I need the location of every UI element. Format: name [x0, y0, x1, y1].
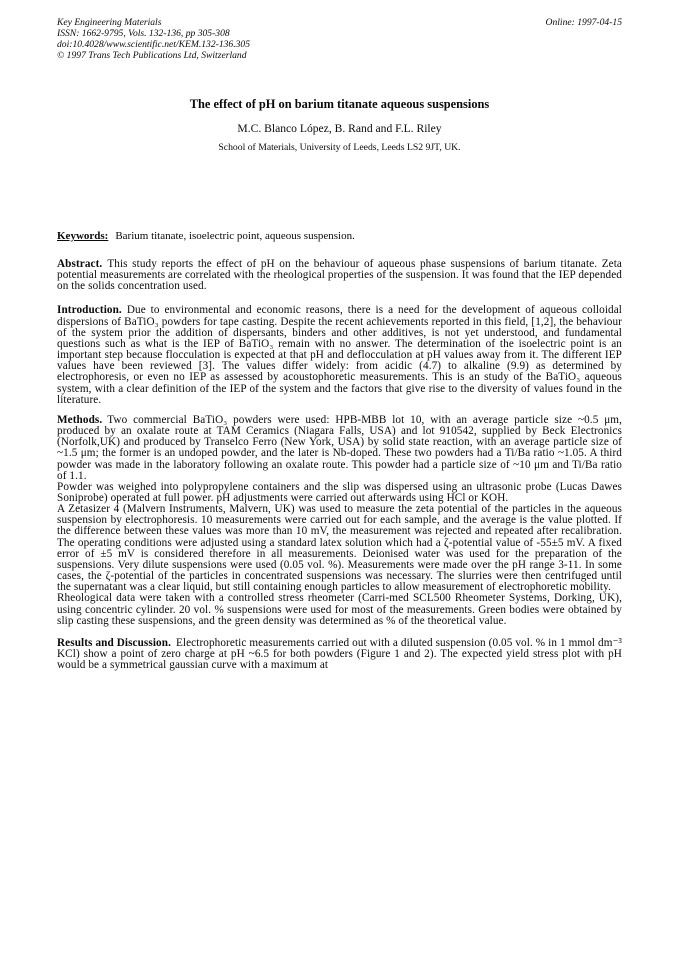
paper-title: The effect of pH on barium titanate aque…: [57, 97, 622, 111]
methods-paragraph-3: A Zetasizer 4 (Malvern Instruments, Malv…: [57, 504, 622, 593]
journal-doi: doi:10.4028/www.scientific.net/KEM.132-1…: [57, 39, 250, 50]
methods-paragraph-2: Powder was weighed into polypropylene co…: [57, 482, 622, 504]
keywords-text: Barium titanate, isoelectric point, aque…: [115, 230, 355, 242]
methods-text-2: Powder was weighed into polypropylene co…: [57, 481, 622, 504]
online-date: Online: 1997-04-15: [546, 17, 622, 28]
introduction-paragraph: Introduction.Due to environmental and ec…: [57, 305, 622, 405]
journal-info-block: Key Engineering Materials ISSN: 1662-979…: [57, 17, 250, 61]
keywords-line: Keywords:Barium titanate, isoelectric po…: [57, 230, 622, 242]
authors-line: M.C. Blanco López, B. Rand and F.L. Rile…: [57, 122, 622, 135]
methods-text-3: A Zetasizer 4 (Malvern Instruments, Malv…: [57, 503, 622, 593]
journal-header: Key Engineering Materials ISSN: 1662-979…: [57, 17, 622, 61]
methods-paragraph-1: Methods.Two commercial BaTiO₃ powders we…: [57, 415, 622, 482]
introduction-text: Due to environmental and economic reason…: [57, 304, 622, 405]
paper-page: Key Engineering Materials ISSN: 1662-979…: [0, 0, 678, 959]
methods-text-4: Rheological data were taken with a contr…: [57, 592, 622, 626]
abstract-paragraph: Abstract.This study reports the effect o…: [57, 259, 622, 292]
results-paragraph: Results and Discussion.Electrophoretic m…: [57, 638, 622, 671]
keywords-label: Keywords:: [57, 230, 108, 242]
affiliation-line: School of Materials, University of Leeds…: [57, 142, 622, 153]
journal-copyright: © 1997 Trans Tech Publications Ltd, Swit…: [57, 50, 250, 61]
abstract-text: This study reports the effect of pH on t…: [57, 258, 622, 292]
methods-paragraph-4: Rheological data were taken with a contr…: [57, 593, 622, 626]
journal-title: Key Engineering Materials: [57, 17, 250, 28]
methods-text-1: Two commercial BaTiO₃ powders were used:…: [57, 414, 622, 482]
journal-issn-volume: ISSN: 1662-9795, Vols. 132-136, pp 305-3…: [57, 28, 250, 39]
